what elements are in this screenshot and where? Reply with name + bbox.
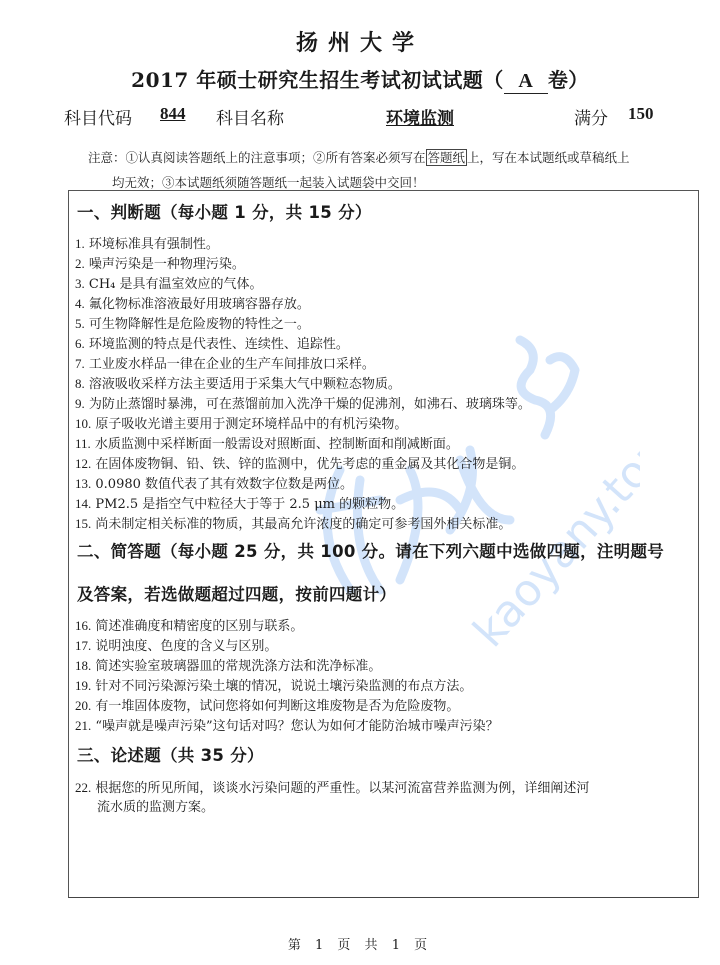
question-item: 8. 溶液吸收采样方法主要适用于采集大气中颗粒态物质。: [75, 373, 401, 392]
question-item: 18. 简述实验室玻璃器皿的常规洗涤方法和洗净标准。: [75, 655, 381, 674]
section-heading-short-answer-line2: 及答案，若选做题超过四题，按前四题计）: [77, 581, 396, 605]
question-item: 9. 为防止蒸馏时暴沸，可在蒸馏前加入洗净干燥的促沸剂，如沸石、玻璃珠等。: [75, 393, 531, 412]
subject-name: 环境监测: [386, 104, 454, 129]
question-item: 10. 原子吸收光谱主要用于测定环境样品中的有机污染物。: [75, 413, 407, 432]
question-item: 5. 可生物降解性是危险废物的特性之一。: [75, 313, 310, 332]
subject-code: 844: [160, 104, 186, 124]
exam-title: 2017 年硕士研究生招生考试初试试题（A卷）: [0, 64, 720, 94]
question-item: 16. 简述准确度和精密度的区别与联系。: [75, 615, 303, 634]
notice-text: 注意：①认真阅读答题纸上的注意事项；②所有答案必须写在: [88, 150, 426, 165]
question-item: 2. 噪声污染是一种物理污染。: [75, 253, 245, 272]
question-item: 22. 根据您的所见所闻，谈谈水污染问题的严重性。以某河流富营养监测为例，详细阐…: [75, 777, 589, 796]
question-item: 3. CH₄ 是具有温室效应的气体。: [75, 273, 263, 292]
exam-title-suffix: 卷）: [548, 68, 589, 92]
question-item: 21. “噪声就是噪声污染”这句话对吗？您认为如何才能防治城市噪声污染？: [75, 715, 499, 734]
exam-questions-box: 一、判断题（每小题 1 分，共 15 分） 1. 环境标准具有强制性。 2. 噪…: [68, 190, 699, 898]
question-item: 14. PM2.5 是指空气中粒径大于等于 2.5 μm 的颗粒物。: [75, 493, 404, 512]
question-item: 17. 说明浊度、色度的含义与区别。: [75, 635, 277, 654]
page-indicator: 第 1 页 共 1 页: [0, 934, 720, 953]
question-item: 19. 针对不同污染源污染土壤的情况，说说土壤污染监测的布点方法。: [75, 675, 472, 694]
question-item: 20. 有一堆固体废物，试问您将如何判断这堆废物是否为危险废物。: [75, 695, 459, 714]
notice-line-1: 注意：①认真阅读答题纸上的注意事项；②所有答案必须写在答题纸上，写在本试题纸或草…: [88, 148, 630, 166]
paper-type: A: [504, 70, 548, 94]
question-item: 7. 工业废水样品一律在企业的生产车间排放口采样。: [75, 353, 375, 372]
section-heading-short-answer-line1: 二、简答题（每小题 25 分，共 100 分。请在下列六题中选做四题，注明题号: [77, 538, 664, 562]
full-score-label: 满分: [574, 104, 608, 129]
question-item: 15. 尚未制定相关标准的物质，其最高允许浓度的确定可参考国外相关标准。: [75, 513, 511, 532]
section-heading-essay: 三、论述题（共 35 分）: [77, 742, 264, 766]
question-item: 4. 氟化物标准溶液最好用玻璃容器存放。: [75, 293, 310, 312]
subject-code-label: 科目代码: [64, 104, 132, 129]
section-heading-judgment: 一、判断题（每小题 1 分，共 15 分）: [77, 199, 372, 223]
question-item: 1. 环境标准具有强制性。: [75, 233, 219, 252]
answer-sheet-boxed: 答题纸: [426, 149, 468, 166]
notice-text: 上，写在本试题纸或草稿纸上: [467, 150, 630, 165]
question-item: 6. 环境监测的特点是代表性、连续性、追踪性。: [75, 333, 349, 352]
full-score-value: 150: [628, 104, 654, 124]
subject-name-label: 科目名称: [216, 104, 284, 129]
subject-info-row: 科目代码 844 科目名称 环境监测 满分 150: [64, 104, 664, 132]
notice-line-2: 均无效；③本试题纸须随答题纸一起装入试题袋中交回！: [112, 173, 425, 191]
question-item: 12. 在固体废物铜、铅、铁、锌的监测中，优先考虑的重金属及其化合物是铜。: [75, 453, 524, 472]
question-item: 11. 水质监测中采样断面一般需设对照断面、控制断面和削减断面。: [75, 433, 459, 452]
question-item: 13. 0.0980 数值代表了其有效数字位数是两位。: [75, 473, 353, 492]
exam-title-prefix: 2017 年硕士研究生招生考试初试试题（: [131, 68, 504, 92]
university-name: 扬州大学: [0, 26, 720, 57]
